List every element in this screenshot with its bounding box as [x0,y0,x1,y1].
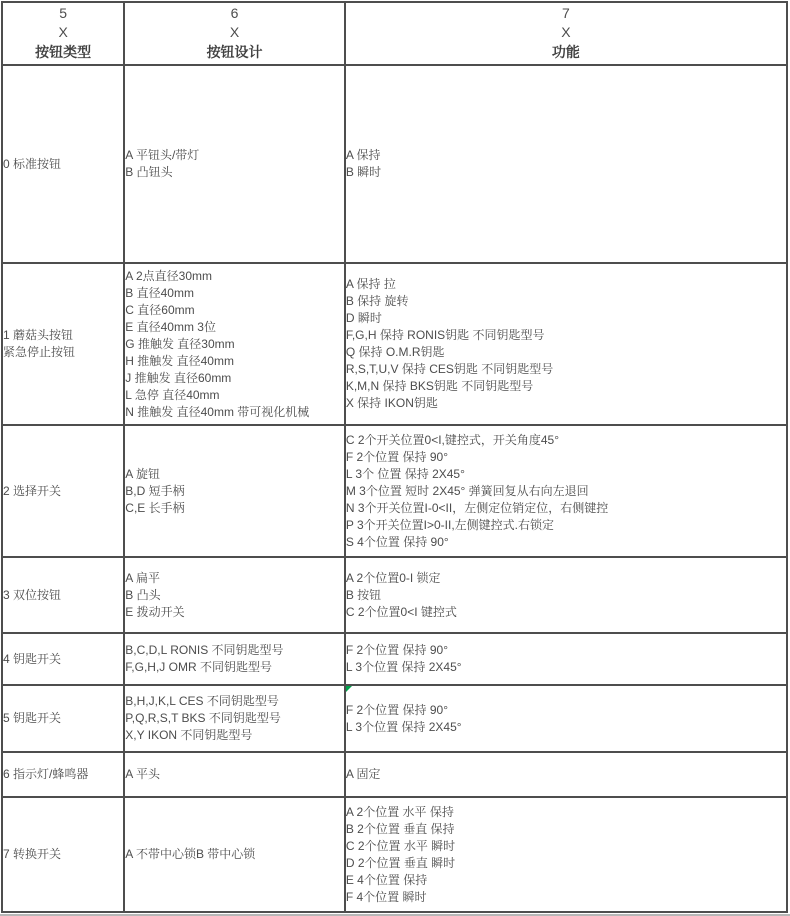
table-row: 1 蘑菇头按钮紧急停止按钮A 2点直径30mmB 直径40mmC 直径60mmE… [2,263,787,425]
col-placeholder-x: X [346,23,786,42]
cell-line: N 3个开关位置I-0<II，左侧定位销定位，右侧键控 [346,500,786,517]
function-cell: A 固定 [345,752,787,797]
cell-line: 0 标准按钮 [3,156,123,173]
table-row: 4 钥匙开关B,C,D,L RONIS 不同钥匙型号F,G,H,J OMR 不同… [2,633,787,685]
type-cell: 1 蘑菇头按钮紧急停止按钮 [2,263,124,425]
col-number: 5 [3,4,123,23]
cell-line: B,H,J,K,L CES 不同钥匙型号 [125,693,344,710]
cell-line: 4 钥匙开关 [3,651,123,668]
design-cell: A 旋钮B,D 短手柄C,E 长手柄 [124,425,345,557]
type-cell: 4 钥匙开关 [2,633,124,685]
type-cell: 3 双位按钮 [2,557,124,633]
type-cell: 6 指示灯/蜂鸣器 [2,752,124,797]
table-sheet: 5 X 按钮类型 6 X 按钮设计 7 X 功能 0 标准按钮A 平钮头/带灯B… [0,1,790,916]
cell-line: B 2个位置 垂直 保持 [346,821,786,838]
cell-line: L 3个 位置 保持 2X45° [346,466,786,483]
function-cell: A 保持 拉B 保持 旋转D 瞬时F,G,H 保持 RONIS钥匙 不同钥匙型号… [345,263,787,425]
cell-line: B 凸钮头 [125,164,344,181]
cell-line: F 4个位置 瞬时 [346,889,786,906]
cell-line: A 保持 拉 [346,276,786,293]
table-row: 6 指示灯/蜂鸣器A 平头A 固定 [2,752,787,797]
cell-line: H 推触发 直径40mm [125,353,344,370]
design-cell: B,H,J,K,L CES 不同钥匙型号P,Q,R,S,T BKS 不同钥匙型号… [124,685,345,752]
cell-line: C 2个开关位置0<I,键控式，开关角度45° [346,432,786,449]
cell-line: A 平钮头/带灯 [125,147,344,164]
function-cell: A 2个位置0-I 锁定B 按钮C 2个位置0<I 键控式 [345,557,787,633]
design-cell: B,C,D,L RONIS 不同钥匙型号F,G,H,J OMR 不同钥匙型号 [124,633,345,685]
col-number: 7 [346,4,786,23]
col-label: 功能 [346,42,786,63]
cell-line: L 3个位置 保持 2X45° [346,719,786,736]
cell-line: F,G,H,J OMR 不同钥匙型号 [125,659,344,676]
function-cell: A 2个位置 水平 保持B 2个位置 垂直 保持C 2个位置 水平 瞬时D 2个… [345,797,787,912]
cell-line: B 按钮 [346,587,786,604]
col-placeholder-x: X [125,23,344,42]
cell-line: R,S,T,U,V 保持 CES钥匙 不同钥匙型号 [346,361,786,378]
cell-line: B,D 短手柄 [125,483,344,500]
cell-line: 3 双位按钮 [3,587,123,604]
cell-line: P 3个开关位置I>0-II,左侧键控式.右锁定 [346,517,786,534]
function-cell: C 2个开关位置0<I,键控式，开关角度45°F 2个位置 保持 90°L 3个… [345,425,787,557]
cell-corner-marker-icon [346,686,352,692]
design-cell: A 2点直径30mmB 直径40mmC 直径60mmE 直径40mm 3位G 推… [124,263,345,425]
cell-line: B,C,D,L RONIS 不同钥匙型号 [125,642,344,659]
cell-line: 紧急停止按钮 [3,344,123,361]
cell-line: X 保持 IKON钥匙 [346,395,786,412]
col-label: 按钮设计 [125,42,344,63]
cell-line: F 2个位置 保持 90° [346,642,786,659]
cell-line: G 推触发 直径30mm [125,336,344,353]
col-label: 按钮类型 [3,42,123,63]
cell-line: C,E 长手柄 [125,500,344,517]
cell-line: 1 蘑菇头按钮 [3,327,123,344]
cell-line: B 保持 旋转 [346,293,786,310]
header-col-button-design: 6 X 按钮设计 [124,2,345,65]
design-cell: A 平头 [124,752,345,797]
cell-line: Q 保持 O.M.R钥匙 [346,344,786,361]
cell-line: M 3个位置 短时 2X45° 弹簧回复从右向左退回 [346,483,786,500]
header-col-button-type: 5 X 按钮类型 [2,2,124,65]
cell-line: 6 指示灯/蜂鸣器 [3,766,123,783]
function-cell: F 2个位置 保持 90°L 3个位置 保持 2X45° [345,685,787,752]
cell-line: D 2个位置 垂直 瞬时 [346,855,786,872]
cell-line: E 拨动开关 [125,604,344,621]
cell-line: F 2个位置 保持 90° [346,702,786,719]
col-number: 6 [125,4,344,23]
cell-line: J 推触发 直径60mm [125,370,344,387]
cell-line: P,Q,R,S,T BKS 不同钥匙型号 [125,710,344,727]
cell-line: A 旋钮 [125,466,344,483]
cell-line: L 急停 直径40mm [125,387,344,404]
header-row: 5 X 按钮类型 6 X 按钮设计 7 X 功能 [2,2,787,65]
cell-line: K,M,N 保持 BKS钥匙 不同钥匙型号 [346,378,786,395]
cell-line: L 3个位置 保持 2X45° [346,659,786,676]
cell-line: A 2个位置 水平 保持 [346,804,786,821]
cell-line: B 凸头 [125,587,344,604]
cell-line: A 不带中心锁B 带中心锁 [125,846,344,863]
cell-line: X,Y IKON 不同钥匙型号 [125,727,344,744]
cell-line: B 直径40mm [125,285,344,302]
design-cell: A 扁平B 凸头E 拨动开关 [124,557,345,633]
table-row: 7 转换开关A 不带中心锁B 带中心锁A 2个位置 水平 保持B 2个位置 垂直… [2,797,787,912]
cell-line: A 2点直径30mm [125,268,344,285]
table-row: 2 选择开关A 旋钮B,D 短手柄C,E 长手柄C 2个开关位置0<I,键控式，… [2,425,787,557]
cell-line: F,G,H 保持 RONIS钥匙 不同钥匙型号 [346,327,786,344]
table-row: 0 标准按钮A 平钮头/带灯B 凸钮头A 保持B 瞬时 [2,65,787,263]
cell-line: F 2个位置 保持 90° [346,449,786,466]
type-cell: 2 选择开关 [2,425,124,557]
cell-line: S 4个位置 保持 90° [346,534,786,551]
cell-line: N 推触发 直径40mm 带可视化机械 [125,404,344,421]
cell-line: A 固定 [346,766,786,783]
table-body: 0 标准按钮A 平钮头/带灯B 凸钮头A 保持B 瞬时1 蘑菇头按钮紧急停止按钮… [2,65,787,912]
product-code-table: 5 X 按钮类型 6 X 按钮设计 7 X 功能 0 标准按钮A 平钮头/带灯B… [1,1,788,913]
cell-line: C 2个位置 水平 瞬时 [346,838,786,855]
cell-line: 2 选择开关 [3,483,123,500]
cell-line: E 4个位置 保持 [346,872,786,889]
table-row: 3 双位按钮A 扁平B 凸头E 拨动开关A 2个位置0-I 锁定B 按钮C 2个… [2,557,787,633]
cell-line: E 直径40mm 3位 [125,319,344,336]
cell-line: A 平头 [125,766,344,783]
cell-line: A 保持 [346,147,786,164]
function-cell: A 保持B 瞬时 [345,65,787,263]
cell-line: B 瞬时 [346,164,786,181]
function-cell: F 2个位置 保持 90°L 3个位置 保持 2X45° [345,633,787,685]
design-cell: A 不带中心锁B 带中心锁 [124,797,345,912]
cell-line: 7 转换开关 [3,846,123,863]
cell-line: D 瞬时 [346,310,786,327]
type-cell: 7 转换开关 [2,797,124,912]
cell-line: A 2个位置0-I 锁定 [346,570,786,587]
type-cell: 0 标准按钮 [2,65,124,263]
type-cell: 5 钥匙开关 [2,685,124,752]
cell-line: 5 钥匙开关 [3,710,123,727]
cell-line: A 扁平 [125,570,344,587]
table-row: 5 钥匙开关B,H,J,K,L CES 不同钥匙型号P,Q,R,S,T BKS … [2,685,787,752]
cell-line: C 直径60mm [125,302,344,319]
header-col-function: 7 X 功能 [345,2,787,65]
cell-line: C 2个位置0<I 键控式 [346,604,786,621]
design-cell: A 平钮头/带灯B 凸钮头 [124,65,345,263]
col-placeholder-x: X [3,23,123,42]
